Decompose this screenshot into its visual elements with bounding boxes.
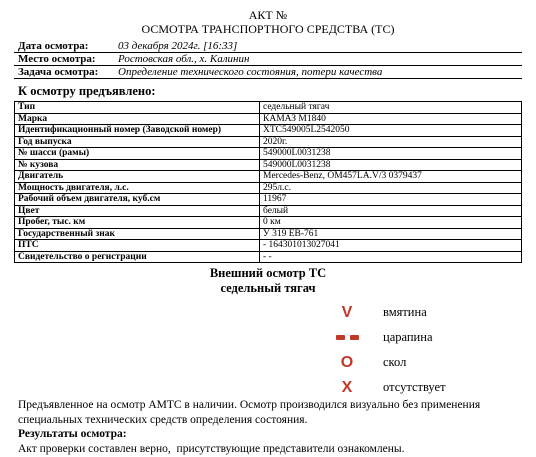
external-inspection-line-2: седельный тягач [14,281,522,296]
vehicle-details-table: Тип седельный тягач Марка КАМАЗ М1840 Ид… [14,101,522,263]
legend-label-chip: скол [383,355,406,370]
field-label-cell: ПТС [15,240,260,252]
field-label-cell: Идентификационный номер (Заводской номер… [15,125,260,137]
info-label-task: Задача осмотра: [14,66,118,78]
table-row: Год выпуска 2020г. [15,136,522,148]
field-value-cell: седельный тягач [260,102,522,114]
legend-label-scratch: царапина [383,330,433,345]
table-row: ПТС - 164301013027041 [15,240,522,252]
results-heading: Результаты осмотра: [18,427,522,442]
chip-symbol-icon: O [335,355,359,371]
legend-item-scratch: царапина [335,325,446,350]
inspection-note-paragraph: Предъявленное на осмотр АМТС в наличии. … [18,398,522,427]
results-text: Акт проверки составлен верно, присутству… [18,442,522,457]
table-row: Тип седельный тягач [15,102,522,114]
field-value-cell: белый [260,205,522,217]
field-label-cell: Двигатель [15,171,260,183]
damage-legend: V вмятина царапина O скол X отсутствует [335,300,446,400]
presented-heading: К осмотру предъявлено: [14,85,522,98]
info-label-date: Дата осмотра: [14,40,118,52]
field-label-cell: Марка [15,113,260,125]
info-value-place: Ростовская обл., х. Калинин [118,53,249,65]
title-line-2: ОСМОТРА ТРАНСПОРТНОГО СРЕДСТВА (ТС) [14,22,522,36]
field-value-cell: КАМАЗ М1840 [260,113,522,125]
field-label-cell: № шасси (рамы) [15,148,260,160]
legend-label-dent: вмятина [383,305,427,320]
field-value-cell: 295л.с. [260,182,522,194]
info-label-place: Место осмотра: [14,53,118,65]
table-row: Марка КАМАЗ М1840 [15,113,522,125]
table-row: Государственный знак У 319 ЕВ-761 [15,228,522,240]
field-label-cell: Год выпуска [15,136,260,148]
inspection-info: Дата осмотра: 03 декабря 2024г. [16:33] … [14,40,522,79]
field-value-cell: - - [260,251,522,263]
table-row: Цвет белый [15,205,522,217]
table-row: Рабочий объем двигателя, куб.см 11967 [15,194,522,206]
table-row: Мощность двигателя, л.с. 295л.с. [15,182,522,194]
field-value-cell: XTC549005L2542050 [260,125,522,137]
legend-item-missing: X отсутствует [335,375,446,400]
field-value-cell: Mercedes-Benz, OM457LA.V/3 0379437 [260,171,522,183]
info-row-task: Задача осмотра: Определение технического… [14,66,522,79]
field-value-cell: 549000L0031238 [260,148,522,160]
scratch-dashes-icon [335,335,359,340]
info-row-date: Дата осмотра: 03 декабря 2024г. [16:33] [14,40,522,53]
document-title: АКТ № ОСМОТРА ТРАНСПОРТНОГО СРЕДСТВА (ТС… [14,8,522,36]
table-row: Идентификационный номер (Заводской номер… [15,125,522,137]
field-label-cell: Свидетельство о регистрации [15,251,260,263]
title-line-1: АКТ № [14,8,522,22]
external-inspection-heading: Внешний осмотр ТС седельный тягач [14,266,522,296]
info-row-place: Место осмотра: Ростовская обл., х. Калин… [14,53,522,66]
table-row: Двигатель Mercedes-Benz, OM457LA.V/3 037… [15,171,522,183]
table-row: Свидетельство о регистрации - - [15,251,522,263]
table-row: № кузова 549000L0031238 [15,159,522,171]
inspection-diagram-area: V вмятина царапина O скол X отсутствует [14,296,522,396]
field-label-cell: Цвет [15,205,260,217]
legend-label-missing: отсутствует [383,380,446,395]
field-value-cell: 2020г. [260,136,522,148]
info-value-task: Определение технического состояния, поте… [118,66,382,78]
missing-symbol-icon: X [335,380,359,396]
field-value-cell: 11967 [260,194,522,206]
document-page: АКТ № ОСМОТРА ТРАНСПОРТНОГО СРЕДСТВА (ТС… [0,0,536,456]
field-value-cell: - 164301013027041 [260,240,522,252]
legend-item-chip: O скол [335,350,446,375]
field-value-cell: 0 км [260,217,522,229]
field-value-cell: 549000L0031238 [260,159,522,171]
field-label-cell: Мощность двигателя, л.с. [15,182,260,194]
field-label-cell: Тип [15,102,260,114]
footer-section: Предъявленное на осмотр АМТС в наличии. … [14,398,522,456]
table-row: № шасси (рамы) 549000L0031238 [15,148,522,160]
field-label-cell: Рабочий объем двигателя, куб.см [15,194,260,206]
info-value-date: 03 декабря 2024г. [16:33] [118,40,237,52]
field-value-cell: У 319 ЕВ-761 [260,228,522,240]
legend-item-dent: V вмятина [335,300,446,325]
field-label-cell: Государственный знак [15,228,260,240]
table-row: Пробег, тыс. км 0 км [15,217,522,229]
field-label-cell: № кузова [15,159,260,171]
dent-symbol-icon: V [335,305,359,321]
external-inspection-line-1: Внешний осмотр ТС [14,266,522,281]
field-label-cell: Пробег, тыс. км [15,217,260,229]
